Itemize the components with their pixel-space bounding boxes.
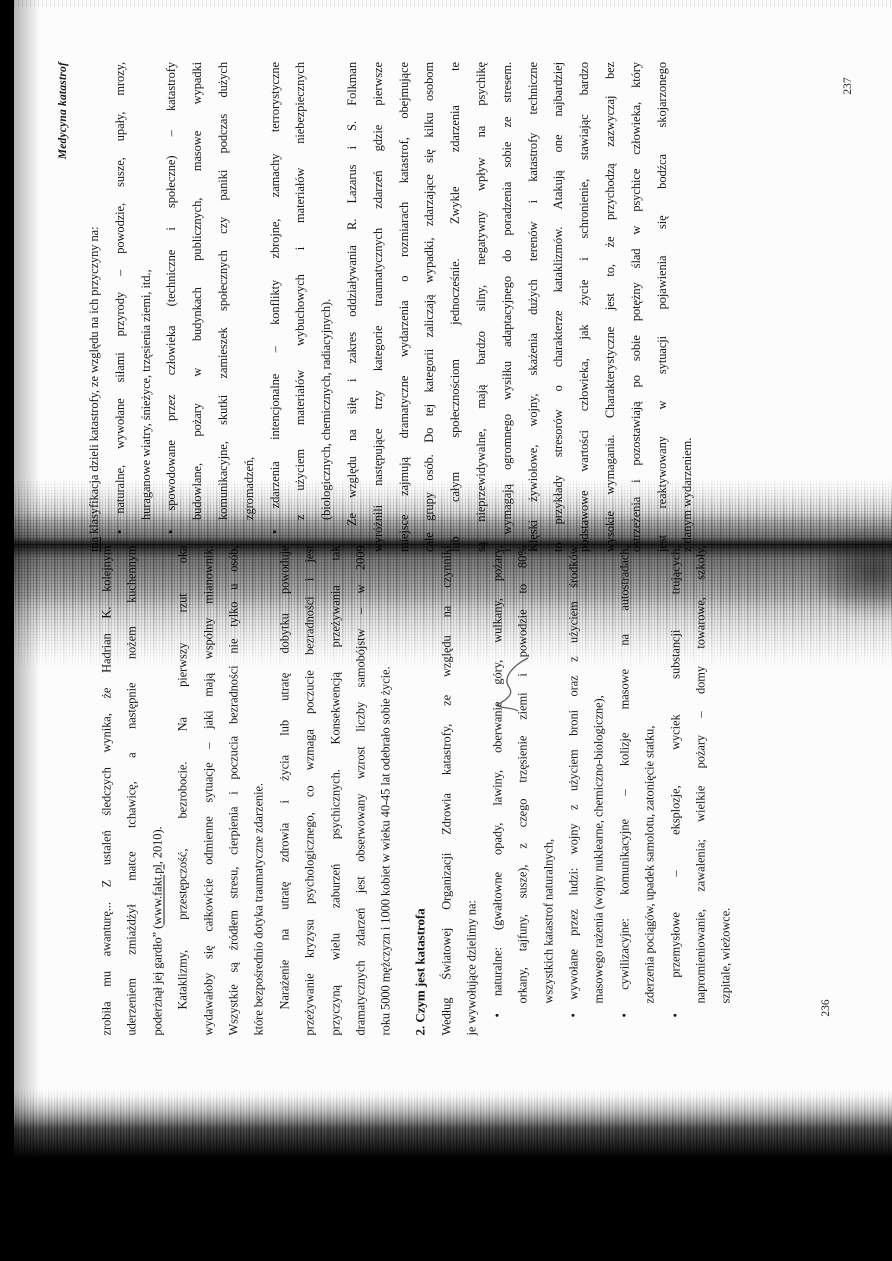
text-line: budowlane, pożary w budynkach publicznyc… [185, 62, 211, 552]
text-line: • spowodowane przez człowieka (techniczn… [159, 62, 185, 552]
text-line: Ze względu na siłę i zakres oddziaływani… [340, 62, 366, 552]
bottom-scan-shadow [0, 1088, 892, 1261]
text-line: wszystkich katastrof naturalnych, [536, 546, 561, 1036]
text-line: dramatycznych zdarzeń jest obserwowany w… [348, 546, 373, 1036]
text-line: (biologicznych, chemicznych, radiacyjnyc… [314, 62, 340, 552]
text-line: masowego rażenia (wojny nuklearne, chemi… [587, 546, 612, 1036]
text-line: jest reaktywowany w sytuacji pojawienia … [650, 62, 676, 552]
underlined-text: www.fakt.pl [150, 864, 164, 925]
text-line: • cywilizacyjne: komunikacyjne – kolizje… [612, 546, 637, 1036]
body-text: ma klasyfikacja dzieli katastrofy, ze wz… [82, 62, 701, 552]
text-line: które bezpośrednio dotyka traumatyczne z… [247, 546, 272, 1036]
left-edge-shading [14, 0, 40, 1261]
text-line: zrobiła mu awanturę... Z ustaleń śledczy… [95, 546, 120, 1036]
text-line: wydawałoby się całkowicie odmienne sytua… [196, 546, 221, 1036]
running-header: Medycyna katastrof [52, 62, 74, 552]
text-line: orkany, tajfuny, susze), z czego trzęsie… [511, 546, 536, 1036]
left-scan-bar [0, 0, 14, 1261]
pen-mark-annotation [492, 655, 534, 713]
text-line: Wszystkie są źródłem stresu, cierpienia … [221, 546, 246, 1036]
text-line: huraganowe wiatry, śnieżyce, trzęsienia … [134, 62, 160, 552]
text-line: uderzeniem zmiażdżył matce tchawicę, a n… [120, 546, 145, 1036]
scanned-book-page: Medycyna katastrof ma klasyfikacja dziel… [0, 0, 892, 1261]
text-line: zgromadzeń, [237, 62, 263, 552]
text-line: lub całym społecznościom jednocześnie. Z… [443, 62, 469, 552]
text-line: ostrzeżenia i pozostawiają po sobie potę… [624, 62, 650, 552]
text-line: i wymagają ogromnego wysiłku adaptacyjne… [495, 62, 521, 552]
text-line: • naturalne, wywołane siłami przyrody – … [108, 62, 134, 552]
text-line: napromieniowanie, zawalenia; wielkie poż… [688, 546, 713, 1036]
scan-edge-noise [14, 0, 892, 7]
text-line: komunikacyjne, skutki zamieszek społeczn… [211, 62, 237, 552]
text-line: • przemysłowe – eksplozje, wyciek substa… [663, 546, 688, 1036]
body-text: zrobiła mu awanturę... Z ustaleń śledczy… [95, 546, 740, 1036]
page-number-237: 237 [840, 66, 856, 106]
text-line: z użyciem materiałów wybuchowych i mater… [288, 62, 314, 552]
text-line: Według Światowej Organizacji Zdrowia kat… [435, 546, 460, 1036]
text-line: miejsce zajmują dramatyczne wydarzenia o… [392, 62, 418, 552]
text-line: wyróżnili następujące trzy kategorie tra… [366, 62, 392, 552]
text-line: Narażenie na utratę zdrowia i życia lub … [272, 546, 297, 1036]
text-line: roku 5000 mężczyzn i 1000 kobiet w wieku… [374, 546, 399, 1036]
text-line: poderżnął jej gardło” (www.fakt.pl, 2010… [145, 546, 170, 1036]
text-line: przyczyną wielu zaburzeń psychicznych. K… [323, 546, 348, 1036]
right-page: Medycyna katastrof ma klasyfikacja dziel… [52, 62, 702, 552]
text-line: są nieprzewidywalne, mają bardzo silny, … [469, 62, 495, 552]
text-line: Klęski żywiołowe, wojny, skażenia dużych… [521, 62, 547, 552]
text-line: • zdarzenia intencjonalne – konflikty zb… [263, 62, 289, 552]
text-line: Kataklizmy, przestępczość, bezrobocie. N… [171, 546, 196, 1036]
text-line: • wywołane przez ludzi: wojny z użyciem … [562, 546, 587, 1036]
text-line: całe grupy osób. Do tej kategorii zalicz… [417, 62, 443, 552]
text-line: ma klasyfikacja dzieli katastrofy, ze wz… [82, 62, 108, 552]
text-line: szpitale, wieżowce. [714, 546, 739, 1036]
text-line: 2. Czym jest katastrofa [407, 546, 432, 1036]
page-number-236: 236 [818, 988, 834, 1028]
text-line: podstawowe wartości człowieka, jak życie… [572, 62, 598, 552]
text-line: zderzenia pociągów, upadek samolotu, zat… [638, 546, 663, 1036]
text-line: • naturalne: (gwałtowne opady, lawiny, o… [485, 546, 510, 1036]
text-line: z danym wydarzeniem. [675, 62, 701, 552]
text-line: wysokie wymagania. Charakterystyczne jes… [598, 62, 624, 552]
text-line: to przykłady stresorów o charakterze kat… [546, 62, 572, 552]
text-line: je wywołujące dzielimy na: [460, 546, 485, 1036]
left-page: zrobiła mu awanturę... Z ustaleń śledczy… [95, 546, 740, 1036]
text-line: przeżywanie kryzysu psychologicznego, co… [298, 546, 323, 1036]
